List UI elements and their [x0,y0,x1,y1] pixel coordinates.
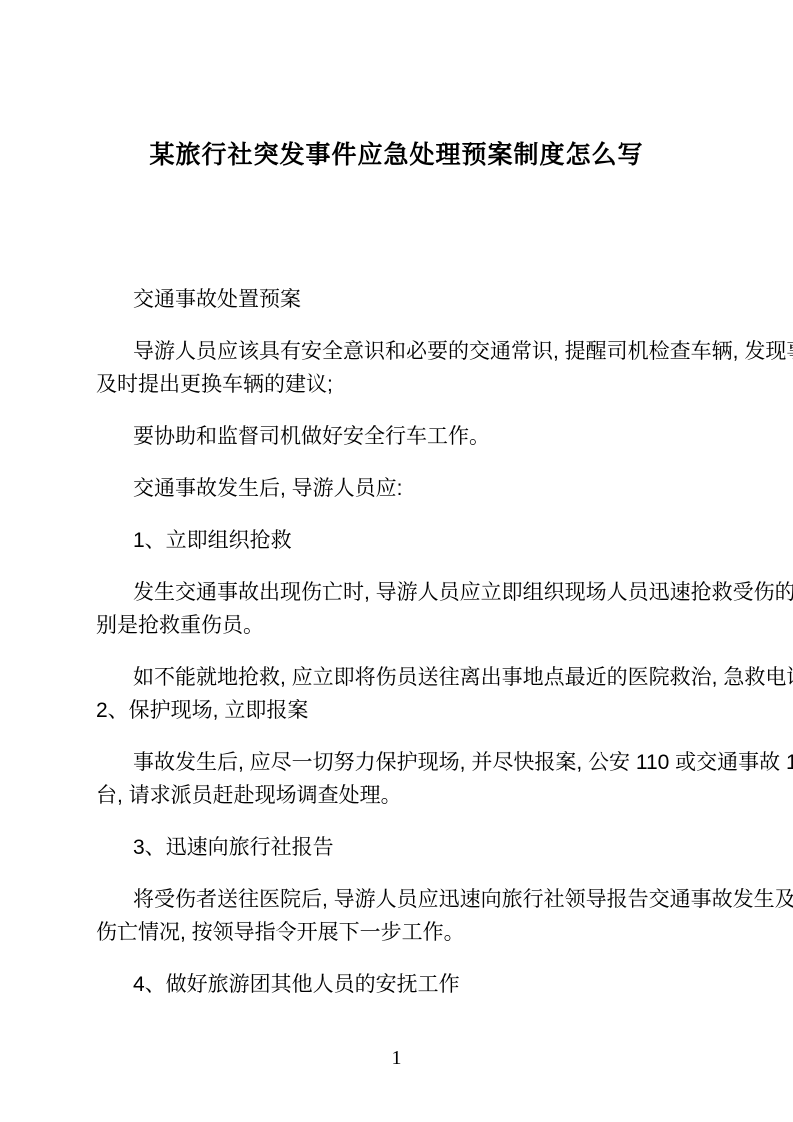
text-line: 4、做好旅游团其他人员的安抚工作 [96,968,703,1001]
document-body: 交通事故处置预案 导游人员应该具有安全意识和必要的交通常识, 提醒司机检查车辆,… [96,283,703,1020]
page-number: 1 [0,1046,793,1070]
text-line: 别是抢救重伤员。 [96,609,703,642]
paragraph-hospital-item-2: 如不能就地抢救, 应立即将伤员送往离出事地点最近的医院救治, 急救电话 120.… [96,661,703,727]
paragraph-item-4-comfort: 4、做好旅游团其他人员的安抚工作 [96,968,703,1001]
text-line: 2、保护现场, 立即报案 [96,694,703,727]
text-line: 要协助和监督司机做好安全行车工作。 [96,420,703,453]
paragraph-item-3-report-agency: 3、迅速向旅行社报告 [96,831,703,864]
paragraph-after-accident-intro: 交通事故发生后, 导游人员应: [96,472,703,505]
paragraph-rescue-detail: 发生交通事故出现伤亡时, 导游人员应立即组织现场人员迅速抢救受伤的游客, 特 别… [96,576,703,642]
text-line: 将受伤者送往医院后, 导游人员应迅速向旅行社领导报告交通事故发生及旅游者 [96,883,703,916]
text-line: 事故发生后, 应尽一切努力保护现场, 并尽快报案, 公安 110 或交通事故 1… [96,746,703,779]
text-line: 1、立即组织抢救 [96,524,703,557]
paragraph-item-1-rescue: 1、立即组织抢救 [96,524,703,557]
document-page: 某旅行社突发事件应急处理预案制度怎么写 交通事故处置预案 导游人员应该具有安全意… [0,0,793,1122]
text-line: 导游人员应该具有安全意识和必要的交通常识, 提醒司机检查车辆, 发现事故隐患 [96,335,703,368]
paragraph-report-detail: 将受伤者送往医院后, 导游人员应迅速向旅行社领导报告交通事故发生及旅游者 伤亡情… [96,883,703,949]
paragraph-protect-scene-report: 事故发生后, 应尽一切努力保护现场, 并尽快报案, 公安 110 或交通事故 1… [96,746,703,812]
paragraph-assist-driver: 要协助和监督司机做好安全行车工作。 [96,420,703,453]
text-line: 发生交通事故出现伤亡时, 导游人员应立即组织现场人员迅速抢救受伤的游客, 特 [96,576,703,609]
text-line: 如不能就地抢救, 应立即将伤员送往离出事地点最近的医院救治, 急救电话 120. [96,661,703,694]
paragraph-heading-traffic-plan: 交通事故处置预案 [96,283,703,316]
text-line: 3、迅速向旅行社报告 [96,831,703,864]
text-line: 交通事故发生后, 导游人员应: [96,472,703,505]
text-line: 台, 请求派员赶赴现场调查处理。 [96,779,703,812]
text-line: 及时提出更换车辆的建议; [96,368,703,401]
text-line: 交通事故处置预案 [96,283,703,316]
document-title: 某旅行社突发事件应急处理预案制度怎么写 [0,138,793,172]
text-line: 伤亡情况, 按领导指令开展下一步工作。 [96,916,703,949]
paragraph-guide-awareness: 导游人员应该具有安全意识和必要的交通常识, 提醒司机检查车辆, 发现事故隐患 及… [96,335,703,401]
